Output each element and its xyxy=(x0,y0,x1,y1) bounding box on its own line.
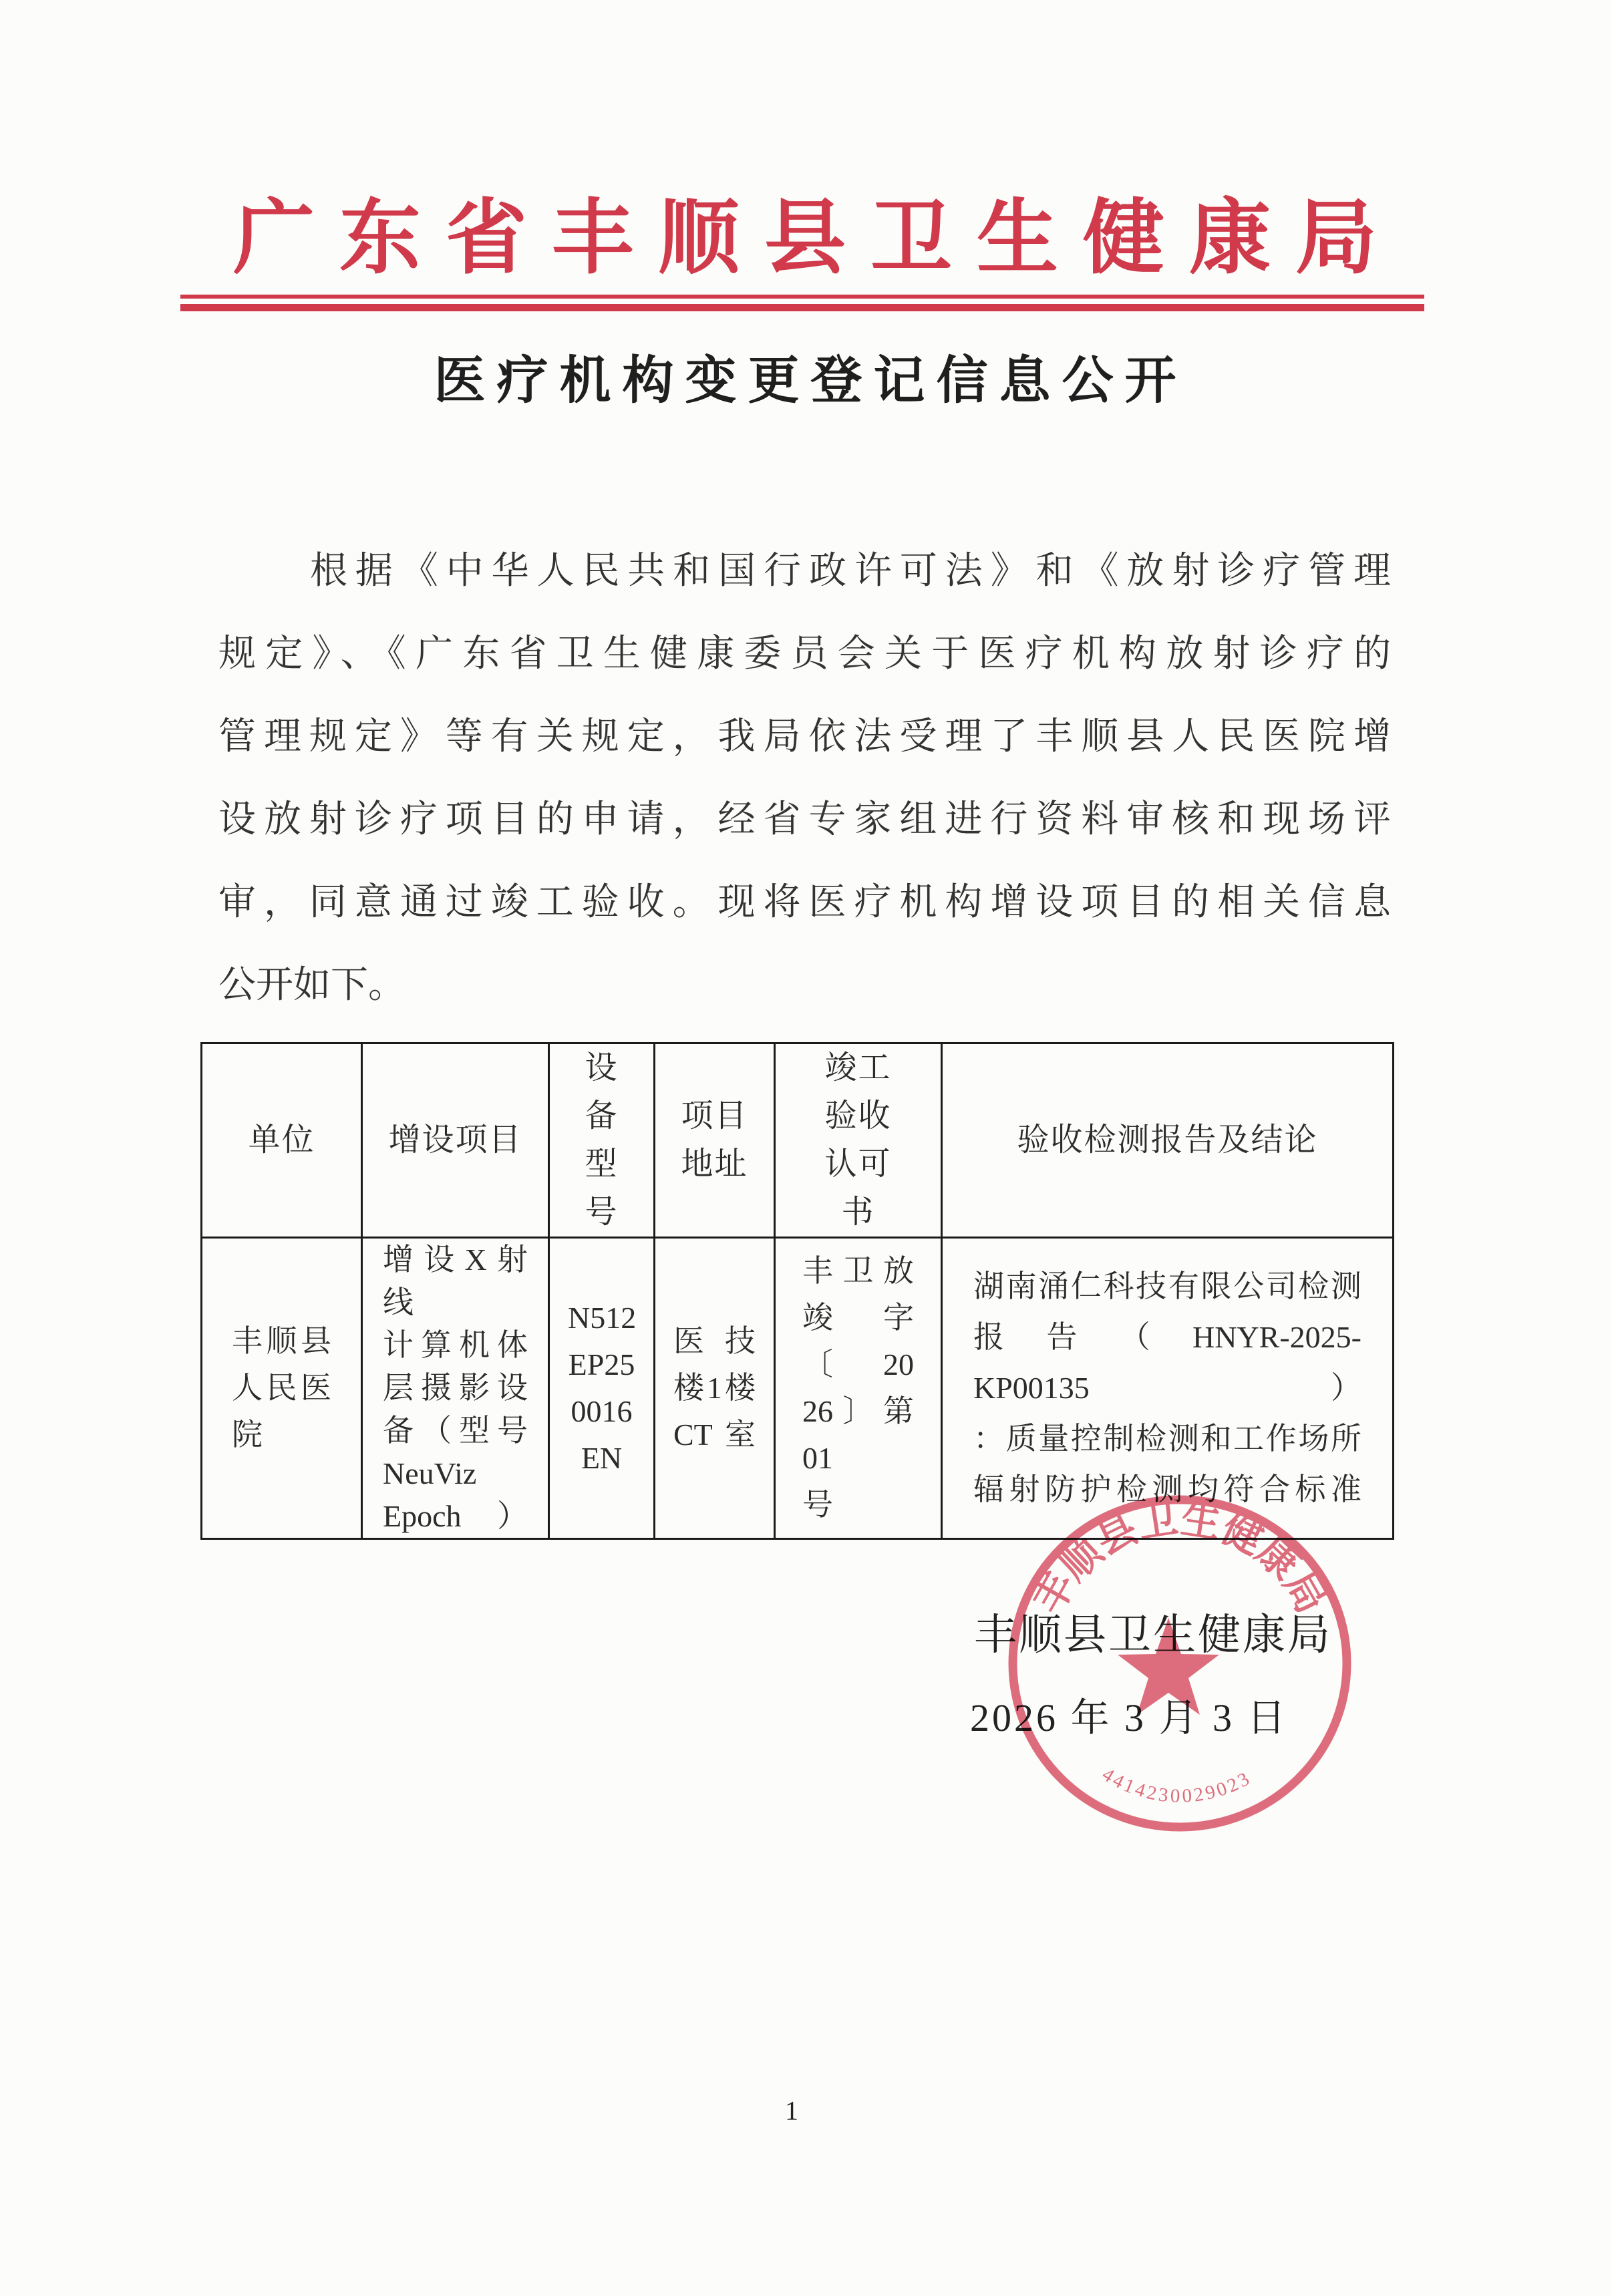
col-header-unit: 单位 xyxy=(202,1043,362,1238)
cell-report-conclusion: 湖南涌仁科技有限公司检测 报告（HNYR-2025-KP00135） ：质量控制… xyxy=(942,1238,1394,1539)
document-page: 广东省丰顺县卫生健康局 医疗机构变更登记信息公开 根据《中华人民共和国行政许可法… xyxy=(0,0,1610,2296)
body-line: 审，同意通过竣工验收。现将医疗机构增设项目的相关信息 xyxy=(218,861,1391,944)
cell-address: 医技 楼1楼 CT室 xyxy=(655,1238,775,1539)
agency-letterhead-title: 广东省丰顺县卫生健康局 xyxy=(0,172,1610,289)
body-paragraph: 根据《中华人民共和国行政许可法》和《放射诊疗管理 规定》、《广东省卫生健康委员会… xyxy=(218,530,1391,1027)
official-seal-stamp: 丰顺县卫生健康局 4414230029023 xyxy=(999,1490,1363,1840)
cell-unit: 丰顺县 人民医 院 xyxy=(202,1238,362,1539)
col-header-project: 增设项目 xyxy=(362,1043,549,1238)
body-line: 根据《中华人民共和国行政许可法》和《放射诊疗管理 xyxy=(218,530,1391,613)
body-line: 设放射诊疗项目的申请，经省专家组进行资料审核和现场评 xyxy=(218,778,1391,861)
letterhead-rule-thick xyxy=(180,304,1424,311)
seal-ring xyxy=(1013,1500,1347,1827)
letterhead-rule-thin xyxy=(180,295,1424,299)
document-title: 医疗机构变更登记信息公开 xyxy=(0,339,1610,414)
col-header-acceptance-doc: 竣工验收认可书 xyxy=(775,1043,942,1238)
col-header-device-model: 设备型号 xyxy=(549,1043,655,1238)
cell-project: 增设X射线 计算机体 层摄影设 备（型号 NeuViz Epoch） xyxy=(362,1238,549,1539)
col-header-address: 项目地址 xyxy=(655,1043,775,1238)
body-line: 管理规定》等有关规定，我局依法受理了丰顺县人民医院增 xyxy=(218,695,1391,778)
disclosure-table: 单位 增设项目 设备型号 项目地址 竣工验收认可书 验收检测报告及结论 丰顺县 … xyxy=(200,1042,1394,1540)
col-header-report-conclusion: 验收检测报告及结论 xyxy=(942,1043,1394,1238)
cell-device-model: N512 EP25 0016 EN xyxy=(549,1238,655,1539)
body-line: 规定》、《广东省卫生健康委员会关于医疗机构放射诊疗的 xyxy=(218,613,1391,695)
signature-date: 2026 年 3 月 3 日 xyxy=(970,1686,1289,1742)
body-line: 公开如下。 xyxy=(218,944,1391,1027)
svg-text:4414230029023: 4414230029023 xyxy=(1098,1764,1255,1807)
seal-serial-number: 4414230029023 xyxy=(1098,1764,1255,1807)
table-header-row: 单位 增设项目 设备型号 项目地址 竣工验收认可书 验收检测报告及结论 xyxy=(202,1043,1394,1238)
signature-agency: 丰顺县卫生健康局 xyxy=(974,1601,1332,1662)
table-row: 丰顺县 人民医 院 增设X射线 计算机体 层摄影设 备（型号 NeuViz Ep… xyxy=(202,1238,1394,1539)
page-number: 1 xyxy=(765,2095,818,2126)
cell-acceptance-doc: 丰卫放 竣字〔20 26〕第01 号 xyxy=(775,1238,942,1539)
